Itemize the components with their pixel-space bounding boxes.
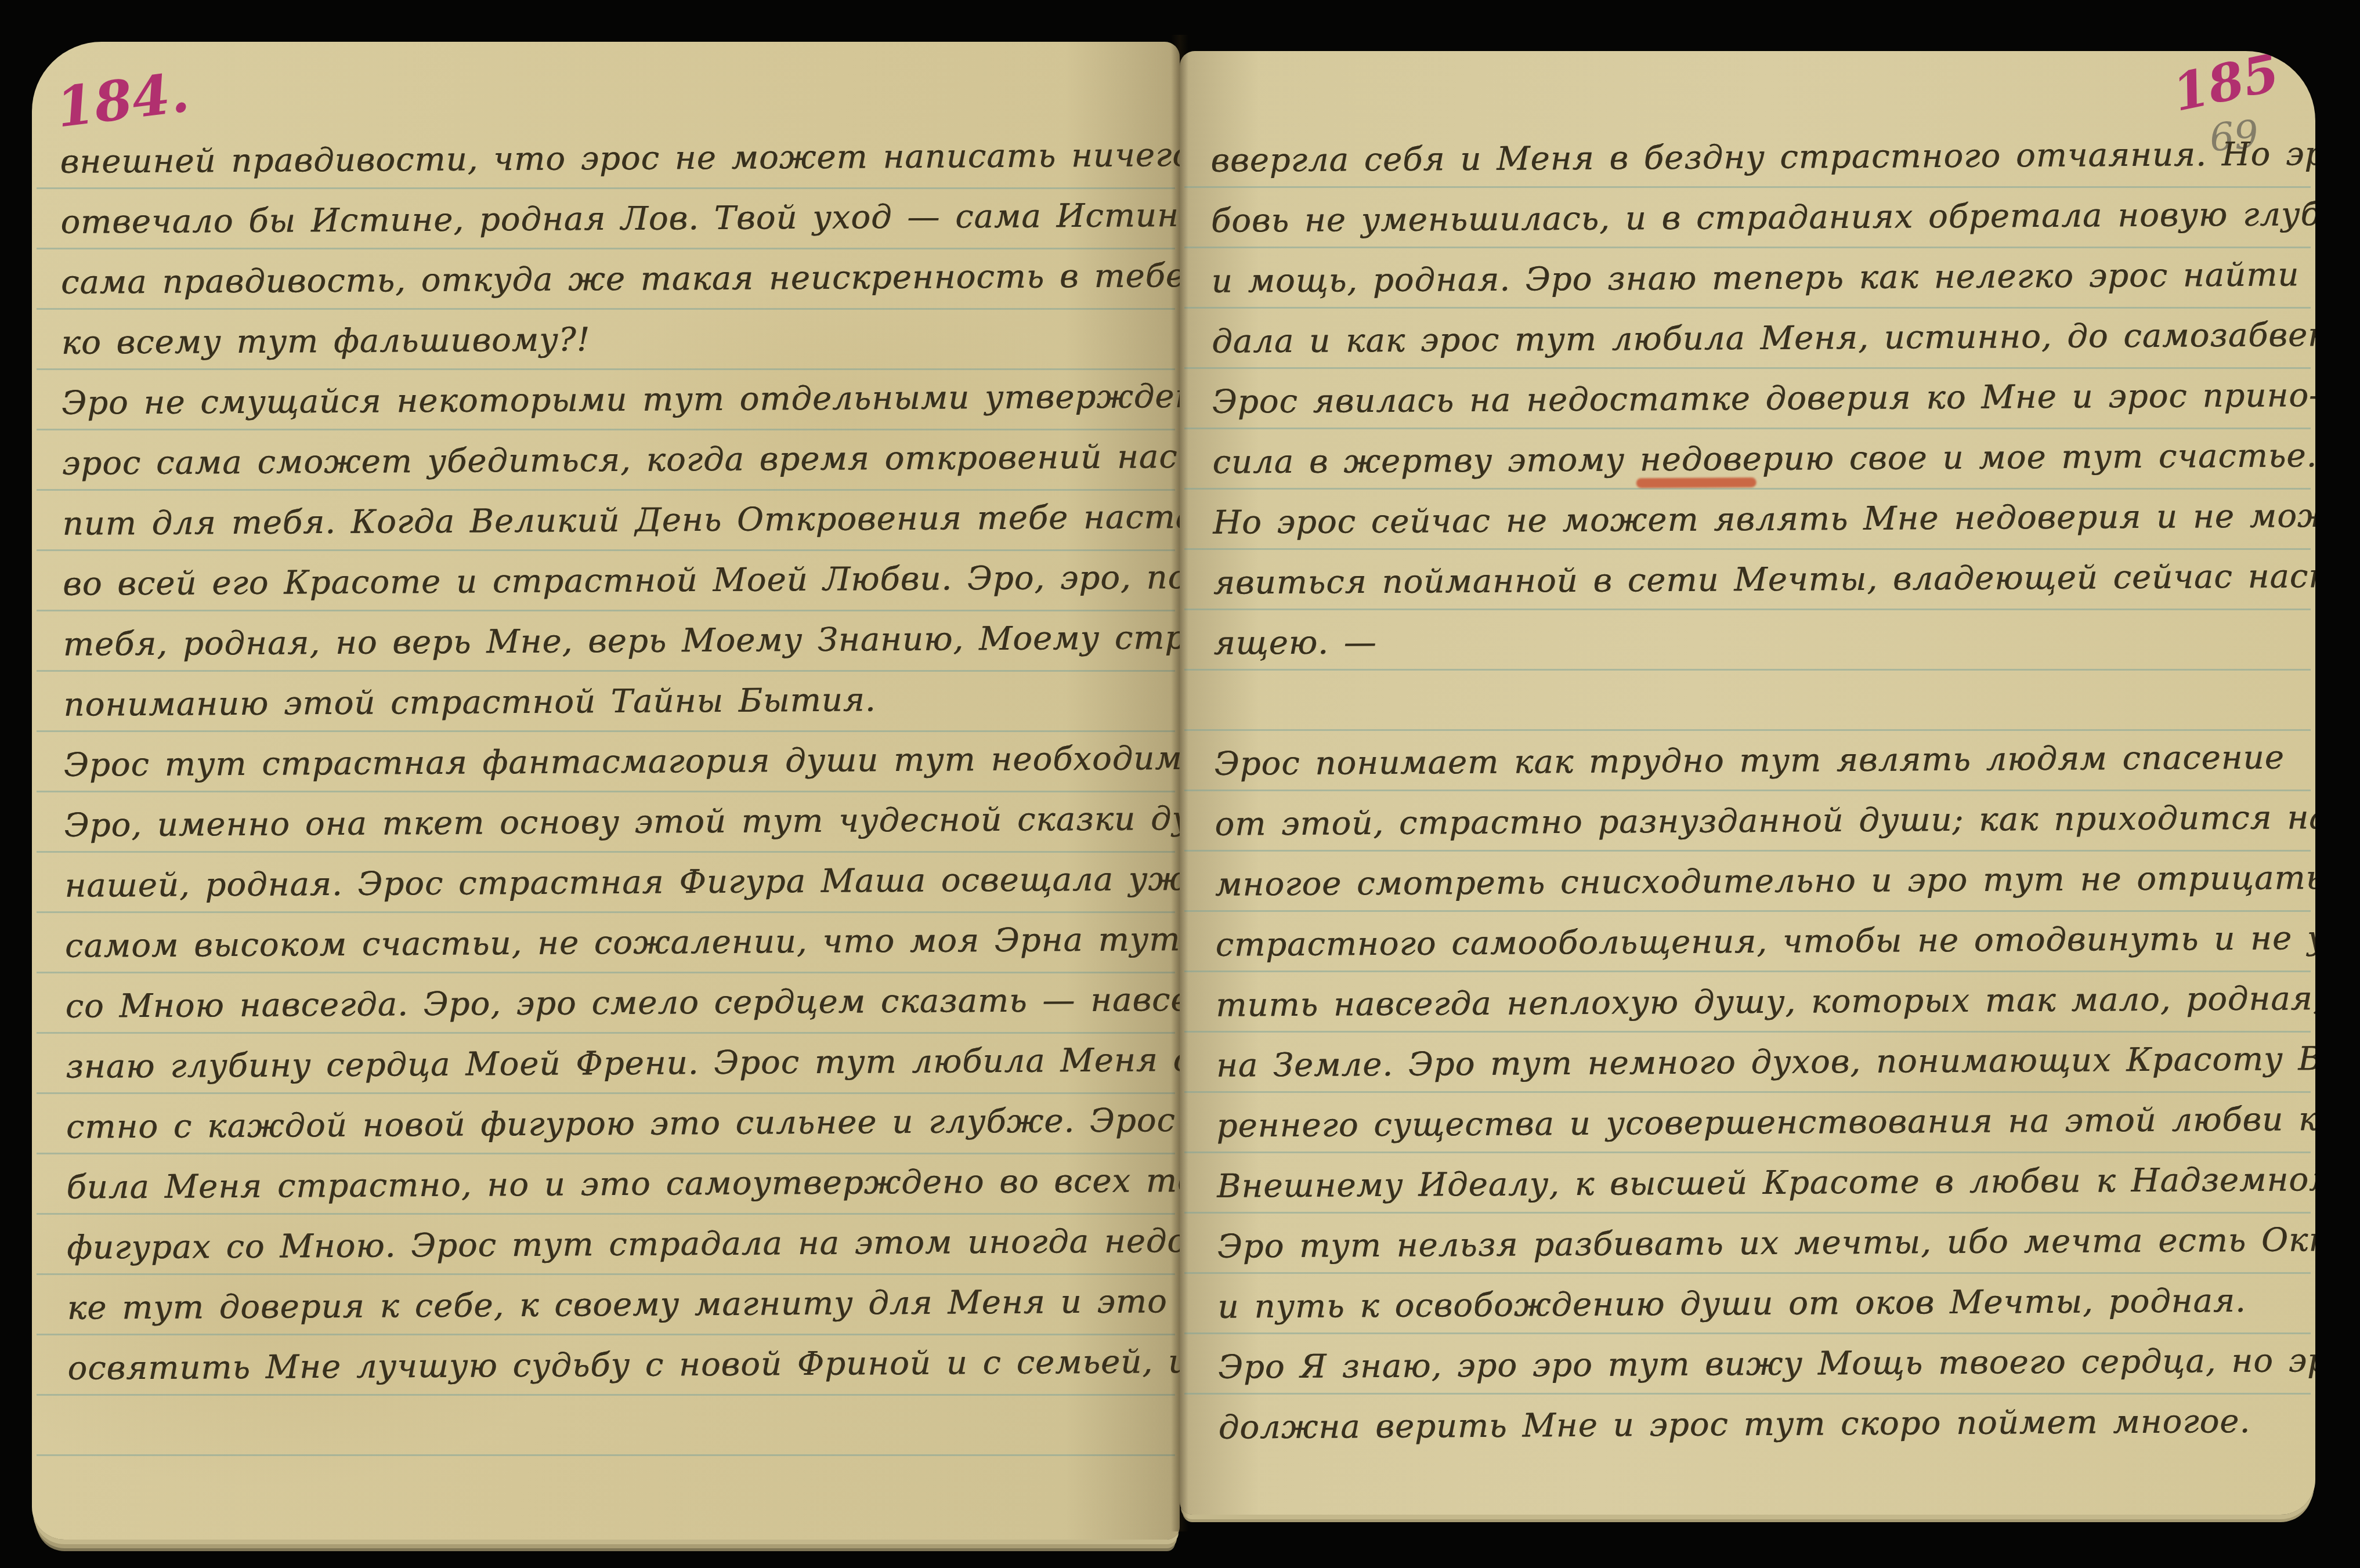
manuscript-line: страстного самообольщения, чтобы не отод… bbox=[1215, 910, 2308, 977]
manuscript-scan: 184. внешней правдивости, что эрос не мо… bbox=[0, 0, 2360, 1568]
manuscript-line: от этой, страстно разнузданной души; как… bbox=[1215, 789, 2308, 856]
red-underlined-word: недоверию bbox=[1639, 440, 1834, 479]
manuscript-line: Эро не смущайся некоторыми тут отдельным… bbox=[62, 368, 1169, 435]
notebook-page-right: 185 69 ввергла себя и Меня в бездну стра… bbox=[1180, 51, 2315, 1515]
manuscript-line: Эрос явилась на недостатке доверия ко Мн… bbox=[1212, 367, 2305, 434]
page-number-right: 185 bbox=[2167, 51, 2284, 123]
manuscript-line: ко всему тут фальшивому?! bbox=[61, 307, 1168, 375]
manuscript-line: стно с каждой новой фигурою это сильнее … bbox=[66, 1092, 1173, 1159]
manuscript-line: Эро тут нельзя разбивать их мечты, ибо м… bbox=[1217, 1211, 2310, 1279]
manuscript-line: Внешнему Идеалу, к высшей Красоте в любв… bbox=[1217, 1151, 2310, 1218]
manuscript-line: бовь не уменьшилась, и в страданиях обре… bbox=[1211, 186, 2304, 253]
manuscript-line: сама правдивость, откуда же такая неискр… bbox=[61, 247, 1168, 314]
manuscript-line: фигурах со Мною. Эрос тут страдала на эт… bbox=[67, 1212, 1174, 1280]
manuscript-line: внешней правдивости, что эрос не может н… bbox=[60, 126, 1167, 194]
manuscript-line: Эрос тут страстная фантасмагория души ту… bbox=[64, 730, 1171, 797]
binding-gutter-shadow bbox=[1171, 35, 1188, 1531]
manuscript-line: ке тут доверия к себе, к своему магниту … bbox=[67, 1273, 1174, 1340]
page-number-left: 184. bbox=[53, 60, 193, 140]
manuscript-line: тебя, родная, но верь Мне, верь Моему Зн… bbox=[63, 609, 1170, 676]
manuscript-line: и путь к освобождению души от оков Мечты… bbox=[1217, 1272, 2311, 1339]
manuscript-line: отвечало бы Истине, родная Лов. Твой ухо… bbox=[60, 187, 1168, 254]
manuscript-line: со Мною навсегда. Эро, эро смело сердцем… bbox=[65, 971, 1172, 1038]
manuscript-line: Эрос понимает как трудно тут являть людя… bbox=[1214, 729, 2307, 796]
manuscript-line: должна верить Мне и эрос тут скоро пойме… bbox=[1218, 1392, 2311, 1460]
manuscript-line: явиться пойманной в сети Мечты, владеюще… bbox=[1213, 548, 2306, 615]
manuscript-line: эрос сама сможет убедиться, когда время … bbox=[62, 428, 1169, 495]
manuscript-line: Но эрос сейчас не может являть Мне недов… bbox=[1213, 487, 2306, 555]
manuscript-line: знаю глубину сердца Моей Френи. Эрос тут… bbox=[66, 1031, 1173, 1099]
manuscript-line: освятить Мне лучшую судьбу с новой Фрино… bbox=[67, 1333, 1174, 1400]
left-page-text: внешней правдивости, что эрос не может н… bbox=[60, 126, 1174, 1400]
right-page-text: ввергла себя и Меня в бездну страстного … bbox=[1210, 125, 2311, 1459]
ruled-lines bbox=[37, 129, 1175, 1458]
manuscript-line: сила в жертву этому недоверию свое и мое… bbox=[1212, 427, 2305, 494]
manuscript-line bbox=[1214, 668, 2307, 736]
manuscript-line: нашей, родная. Эрос страстная Фигура Маш… bbox=[64, 850, 1172, 918]
manuscript-line: Эро, именно она ткет основу этой тут чуд… bbox=[64, 790, 1171, 857]
manuscript-line: на Земле. Эро тут немного духов, понимаю… bbox=[1216, 1030, 2310, 1098]
manuscript-line: многое смотреть снисходительно и эро тут… bbox=[1215, 849, 2308, 917]
manuscript-line: дала и как эрос тут любила Меня, истинно… bbox=[1212, 306, 2305, 374]
manuscript-line: самом высоком счастьи, не сожалении, что… bbox=[65, 911, 1172, 978]
manuscript-line: пит для тебя. Когда Великий День Открове… bbox=[62, 488, 1169, 556]
manuscript-line: и мощь, родная. Эро знаю теперь как неле… bbox=[1211, 246, 2304, 313]
manuscript-line: Эро Я знаю, эро эро тут вижу Мощь твоего… bbox=[1218, 1332, 2311, 1399]
manuscript-line: пониманию этой страстной Тайны Бытия. bbox=[63, 669, 1170, 737]
manuscript-line: во всей его Красоте и страстной Моей Люб… bbox=[63, 549, 1170, 616]
manuscript-line: ввергла себя и Меня в бездну страстного … bbox=[1210, 125, 2304, 193]
manuscript-line: ящею. — bbox=[1213, 608, 2307, 675]
manuscript-line: реннего существа и усовершенствования на… bbox=[1216, 1091, 2310, 1158]
notebook-page-left: 184. внешней правдивости, что эрос не мо… bbox=[32, 42, 1180, 1540]
manuscript-line: тить навсегда неплохую душу, которых так… bbox=[1216, 970, 2309, 1037]
manuscript-line: била Меня страстно, но и это самоутвержд… bbox=[66, 1152, 1173, 1219]
